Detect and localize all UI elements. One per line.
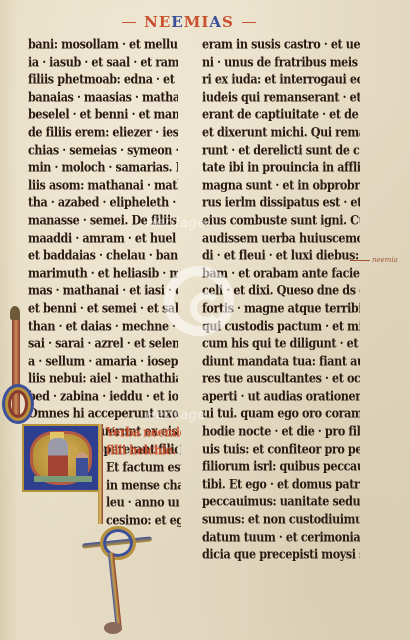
rubric-text: filii helchie.: [106, 441, 176, 458]
left-text-column: bani: mosollam · et melluc · et ada ia ·…: [28, 36, 178, 458]
tail-foot-decoration: [104, 622, 122, 634]
title-segment: NE: [144, 13, 171, 31]
title-segment: MI: [184, 13, 210, 31]
text-line: cesimo: et ego: [106, 510, 181, 531]
watermark-text: Heritage: [146, 408, 206, 423]
initial-stem-decoration: [98, 424, 103, 524]
copyright-swirl-icon: [164, 266, 234, 336]
margin-annotation: neemia: [372, 256, 398, 264]
historiated-initial: [22, 424, 100, 492]
running-title: NEEMIAS: [134, 13, 244, 31]
chapter-opening: Verba neemie filii helchie. I Et factum …: [106, 424, 181, 530]
tail-stem-decoration: [108, 552, 122, 632]
manuscript-page: NEEMIAS bani: mosollam · et melluc · et …: [0, 0, 410, 640]
spiral-coil-decoration: [2, 384, 34, 424]
chapter-number: I: [179, 441, 181, 458]
title-segment: E: [171, 13, 183, 31]
watermark-text: Heritage: [146, 216, 206, 231]
ground-strip: [34, 476, 92, 482]
title-segment: S: [222, 13, 234, 31]
text-line: dicia que precepisti moysi seruo tuo.: [202, 545, 360, 566]
title-segment: A: [209, 13, 222, 31]
